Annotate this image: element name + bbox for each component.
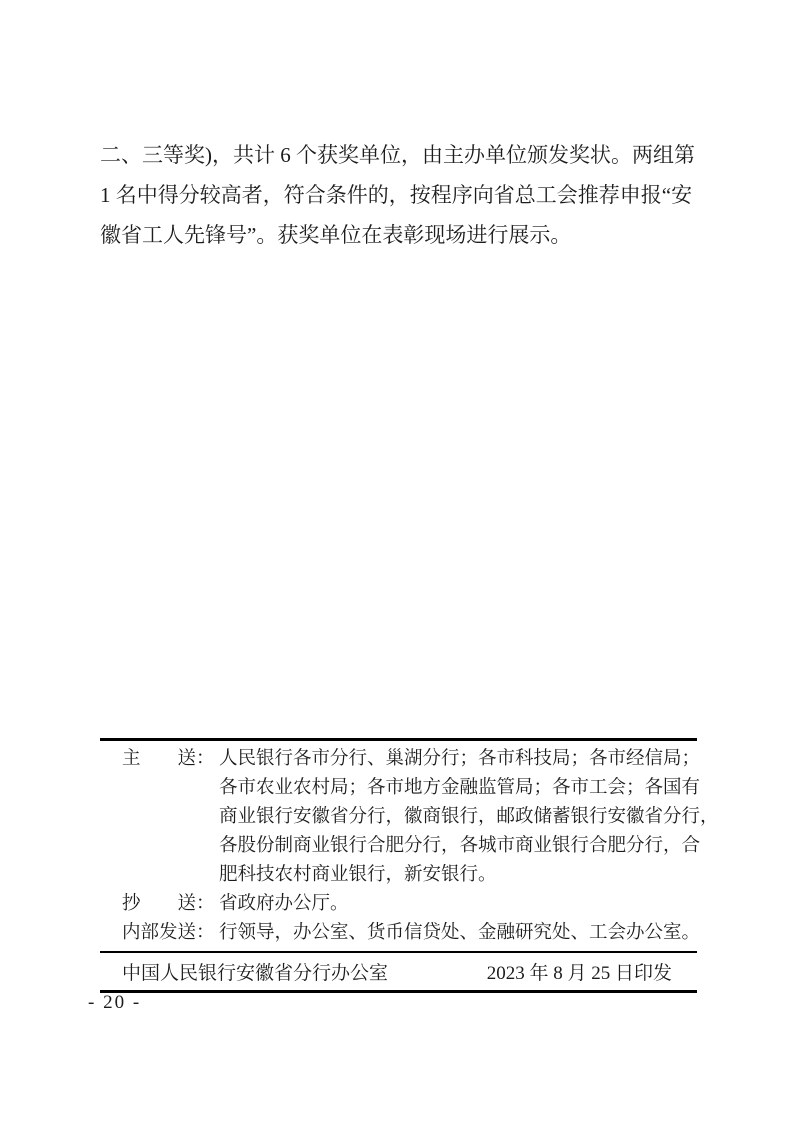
imprint-issuer: 中国人民银行安徽省分行办公室	[122, 958, 388, 985]
distribution-line: 省政府办公厅。	[219, 890, 697, 919]
distribution-content-main-send: 人民银行各市分行、巢湖分行；各市科技局；各市经信局； 各市农业农村局；各市地方金…	[219, 745, 697, 890]
imprint-print-date: 2023 年 8 月 25 日印发	[487, 958, 672, 985]
distribution-content-copy-send: 省政府办公厅。	[219, 890, 697, 919]
body-paragraph-line: 徽省工人先锋号”。获奖单位在表彰现场进行展示。	[100, 215, 700, 255]
distribution-label-main-send: 主 送：	[122, 745, 219, 774]
document-page: 二、三等奖)，共计 6 个获奖单位，由主办单位颁发奖状。两组第 1 名中得分较高…	[0, 0, 793, 1122]
distribution-row-internal-send: 内部发送： 行领导，办公室、货币信贷处、金融研究处、工会办公室。	[100, 919, 697, 948]
page-number: - 20 -	[88, 992, 141, 1014]
distribution-line: 商业银行安徽省分行，徽商银行，邮政储蓄银行安徽省分行，	[219, 803, 697, 832]
distribution-line: 肥科技农村商业银行，新安银行。	[219, 861, 697, 890]
distribution-rows: 主 送： 人民银行各市分行、巢湖分行；各市科技局；各市经信局； 各市农业农村局；…	[100, 741, 697, 948]
distribution-line: 各市农业农村局；各市地方金融监管局；各市工会；各国有	[219, 774, 697, 803]
distribution-content-internal-send: 行领导，办公室、货币信贷处、金融研究处、工会办公室。	[219, 919, 697, 948]
imprint-row: 中国人民银行安徽省分行办公室 2023 年 8 月 25 日印发	[100, 953, 697, 993]
distribution-block: 主 送： 人民银行各市分行、巢湖分行；各市科技局；各市经信局； 各市农业农村局；…	[100, 738, 697, 993]
body-paragraph: 二、三等奖)，共计 6 个获奖单位，由主办单位颁发奖状。两组第 1 名中得分较高…	[100, 135, 700, 255]
distribution-label-internal-send: 内部发送：	[122, 919, 219, 948]
distribution-label-copy-send: 抄 送：	[122, 890, 219, 919]
body-paragraph-line: 二、三等奖)，共计 6 个获奖单位，由主办单位颁发奖状。两组第	[100, 135, 700, 175]
body-paragraph-line: 1 名中得分较高者，符合条件的，按程序向省总工会推荐申报“安	[100, 175, 700, 215]
distribution-line: 人民银行各市分行、巢湖分行；各市科技局；各市经信局；	[219, 745, 697, 774]
distribution-row-main-send: 主 送： 人民银行各市分行、巢湖分行；各市科技局；各市经信局； 各市农业农村局；…	[100, 745, 697, 890]
distribution-line: 各股份制商业银行合肥分行，各城市商业银行合肥分行，合	[219, 832, 697, 861]
distribution-row-copy-send: 抄 送： 省政府办公厅。	[100, 890, 697, 919]
distribution-line: 行领导，办公室、货币信贷处、金融研究处、工会办公室。	[219, 919, 697, 948]
